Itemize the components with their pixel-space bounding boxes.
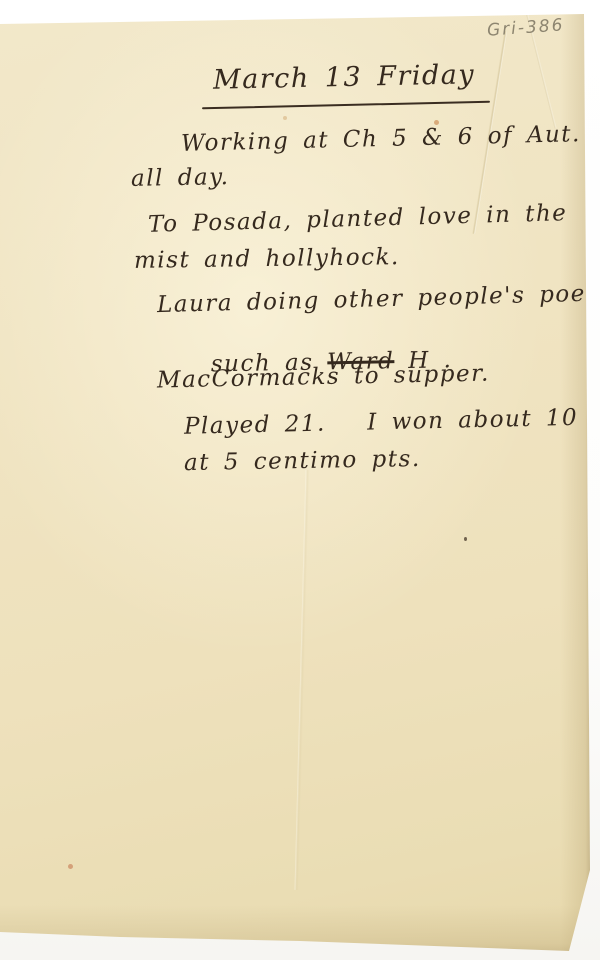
scanned-diary-photo: Gri-386 March 13 Friday Working at Ch 5 … xyxy=(0,0,600,960)
paper-edge-shadow xyxy=(0,905,590,953)
manuscript-page: Gri-386 March 13 Friday Working at Ch 5 … xyxy=(0,0,600,960)
diary-line: Working at Ch 5 & 6 of Aut. xyxy=(181,123,581,156)
paper-stain xyxy=(464,537,467,541)
paper-stain xyxy=(68,864,73,869)
paper-crease xyxy=(295,470,310,890)
catalog-number: Gri-386 xyxy=(486,15,565,40)
diary-line: Laura doing other people's poems xyxy=(157,282,600,317)
paper-stain xyxy=(283,116,287,120)
paper-edge-shadow xyxy=(560,14,590,954)
diary-line: Played 21. I won about 10 pesetas xyxy=(184,404,600,438)
heading-underline xyxy=(202,101,490,110)
diary-line: To Posada, planted love in the xyxy=(148,202,568,237)
diary-line: at 5 centimo pts. xyxy=(184,448,421,475)
entry-date-heading: March 13 Friday xyxy=(213,61,476,93)
diary-line: mist and hollyhock. xyxy=(134,246,400,273)
diary-line: all day. xyxy=(131,166,230,191)
